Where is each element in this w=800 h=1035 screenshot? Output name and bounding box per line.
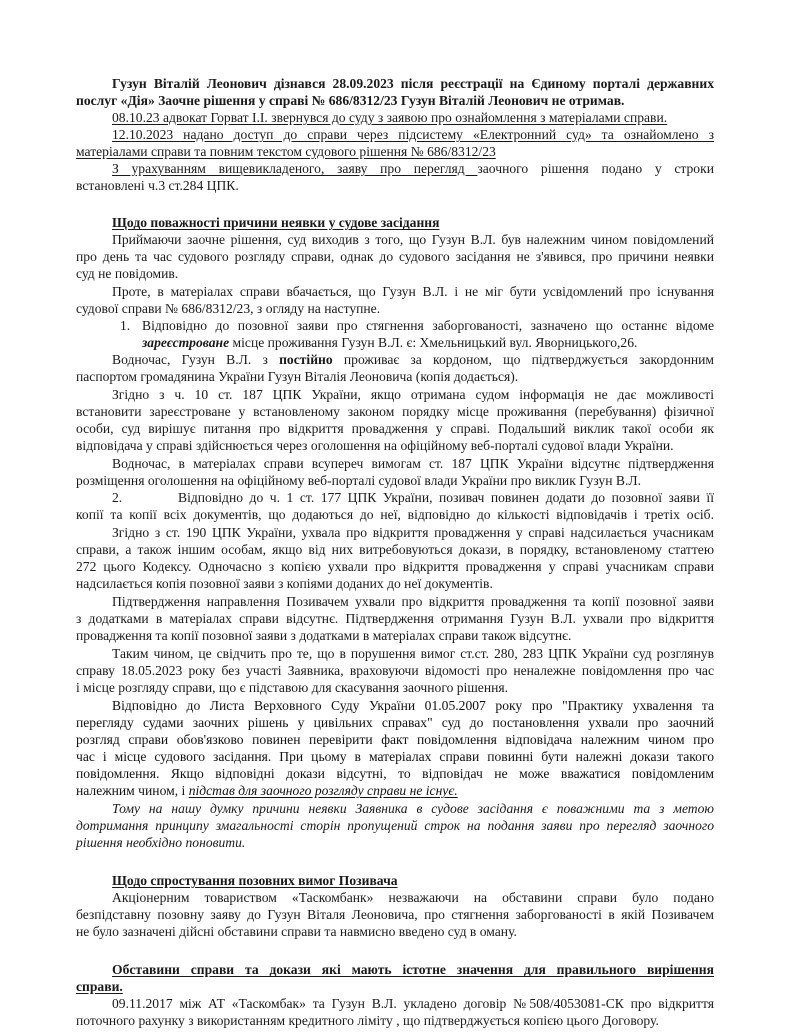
s3-para1-line-1: 09.11.2017 між АТ «Таскомбак» та Гузун В… (112, 995, 714, 1012)
list-item-2-line-1: 2.Відповідно до ч. 1 ст. 177 ЦПК України… (112, 489, 714, 506)
list-text: місце проживання Гузун В.Л. є: Хмельниць… (229, 335, 637, 350)
s1-para6-line-1: Згідно з ст. 190 ЦПК України, ухвала про… (112, 524, 714, 541)
section-heading-circumstances-line-2: справи. (76, 978, 123, 995)
s1-para9-line-2: перегляду судами заочних рішень у цивіль… (76, 714, 714, 731)
s1-para5-line-1: Водночас, в матеріалах справи всупереч в… (112, 455, 714, 472)
paragraph-text: проживає за кордоном, що підтверджується… (333, 352, 714, 367)
list-text: Відповідно до ч. 1 ст. 177 ЦПК України, … (178, 490, 714, 505)
list-text: Відповідно до позовної заяви про стягнен… (142, 318, 714, 333)
s1-para3-line-1: Водночас, Гузун В.Л. з постійно проживає… (112, 351, 714, 368)
s2-para1-line-2: безпідставну позовну заяву до Гузун Віта… (76, 906, 714, 923)
s1-para7-line-1: Підтвердження направлення Позивачем ухва… (112, 593, 714, 610)
s1-para7-line-3: провадження та копії позовної заяви з до… (76, 627, 714, 644)
s1-para6-line-4: надсилається копія позовної заяви з копі… (76, 575, 714, 592)
s1-para4-line-4: відповідача у справі здійснюється через … (76, 437, 714, 454)
paragraph-text: Водночас, Гузун В.Л. з (112, 352, 279, 367)
section-heading-refutation: Щодо спростування позовних вимог Позивач… (112, 872, 398, 889)
s1-para9-line-4: час і місце судового засідання. При цьом… (76, 748, 714, 765)
s2-para1-line-1: Акціонерним товариством «Таскомбанк» нез… (112, 889, 714, 906)
paragraph-text: заочного рішення подано у строки (477, 161, 714, 176)
s1-para1-line-1: Приймаючи заочне рішення, суд виходив з … (112, 231, 714, 248)
s1-para8-line-1: Таким чином, це свідчить про те, що в по… (112, 645, 714, 662)
s1-para8-line-2: справу 18.05.2023 року без участі Заявни… (76, 662, 714, 679)
paragraph-text: належним чином, і (76, 783, 189, 798)
s1-para9-line-5: повідомлення. Якщо відповідні докази від… (76, 765, 714, 782)
document-page: Гузун Віталій Леонович дізнався 28.09.20… (0, 0, 800, 1035)
s1-para8-line-3: і місце розгляду справи, що є підставою … (76, 679, 714, 696)
intro-paragraph-1-line-1: Гузун Віталій Леонович дізнався 28.09.20… (112, 75, 714, 92)
underlined-phrase: З урахуванням вищевикладеного, заяву про… (112, 161, 477, 176)
s3-para1-line-2: поточного рахунку з використанням кредит… (76, 1012, 714, 1029)
s1-para9-line-3: розгляд справи обов'язково повинен перев… (76, 731, 714, 748)
s1-para1-line-3: суд не повідомив. (76, 265, 714, 282)
list-item-1-line-1: 1.Відповідно до позовної заяви про стягн… (120, 317, 714, 334)
s1-para10-line-2: дотримання принципу змагальності сторін … (76, 817, 714, 834)
intro-paragraph-2: 08.10.23 адвокат Горват І.І. звернувся д… (112, 109, 714, 126)
s1-para10-line-3: рішення необхідно поновити. (76, 834, 714, 851)
bold-word: постійно (279, 352, 333, 367)
s1-para9-line-1: Відповідно до Листа Верховного Суду Укра… (112, 697, 714, 714)
intro-paragraph-4-line-1: З урахуванням вищевикладеного, заяву про… (112, 160, 714, 177)
s1-para3-line-2: паспортом громадянина України Гузун Віта… (76, 368, 714, 385)
s2-para1-line-3: не було зазначені дійсні обставини справ… (76, 923, 714, 940)
intro-paragraph-3-line-1: 12.10.2023 надано доступ до справи через… (112, 126, 714, 143)
s1-para6-line-3: 272 цього Кодексу. Одночасно з копією ух… (76, 558, 714, 575)
s1-para6-line-2: справи, а також іншим особам, якщо від н… (76, 541, 714, 558)
s1-para9-line-6: належним чином, і підстав для заочного р… (76, 782, 714, 799)
list-number: 1. (120, 317, 142, 334)
s1-para10-line-1: Тому на нашу думку причини неявки Заявни… (112, 800, 714, 817)
intro-paragraph-3-line-2: матеріалами справи та повним текстом суд… (76, 143, 496, 160)
emphasized-word: зареєстроване (142, 335, 229, 350)
s1-para1-line-2: про день та час судового розгляду справи… (76, 248, 714, 265)
s1-para4-line-1: Згідно з ч. 10 ст. 187 ЦПК України, якщо… (112, 386, 714, 403)
s1-para4-line-3: особи, суд вирішує питання про відкриття… (76, 420, 714, 437)
list-item-1-line-2: зареєстроване місце проживання Гузун В.Л… (142, 334, 714, 351)
list-number: 2. (112, 489, 178, 506)
s1-para2-line-2: судової справи № 686/8312/23, з огляду н… (76, 300, 714, 317)
underlined-conclusion: підстав для заочного розгляду справи не … (189, 783, 458, 798)
intro-paragraph-1-line-2: послуг «Дія» Заочне рішення у справі № 6… (76, 92, 714, 109)
s1-para7-line-2: з додатками в матеріалах справи відсутнє… (76, 610, 714, 627)
s1-para4-line-2: встановити зареєстроване у встановленому… (76, 403, 714, 420)
intro-paragraph-4-line-2: встановлені ч.3 ст.284 ЦПК. (76, 177, 714, 194)
s1-para5-line-2: розміщення оголошення на офіційному веб-… (76, 472, 714, 489)
s1-para2-line-1: Проте, в матеріалах справи вбачається, щ… (112, 283, 714, 300)
section-heading-absence-reasons: Щодо поважності причини неявки у судове … (112, 214, 439, 231)
list-item-2-line-2: копії та копії всіх документів, що додаю… (76, 506, 714, 523)
section-heading-circumstances-line-1: Обставини справи та докази які мають іст… (112, 961, 714, 978)
